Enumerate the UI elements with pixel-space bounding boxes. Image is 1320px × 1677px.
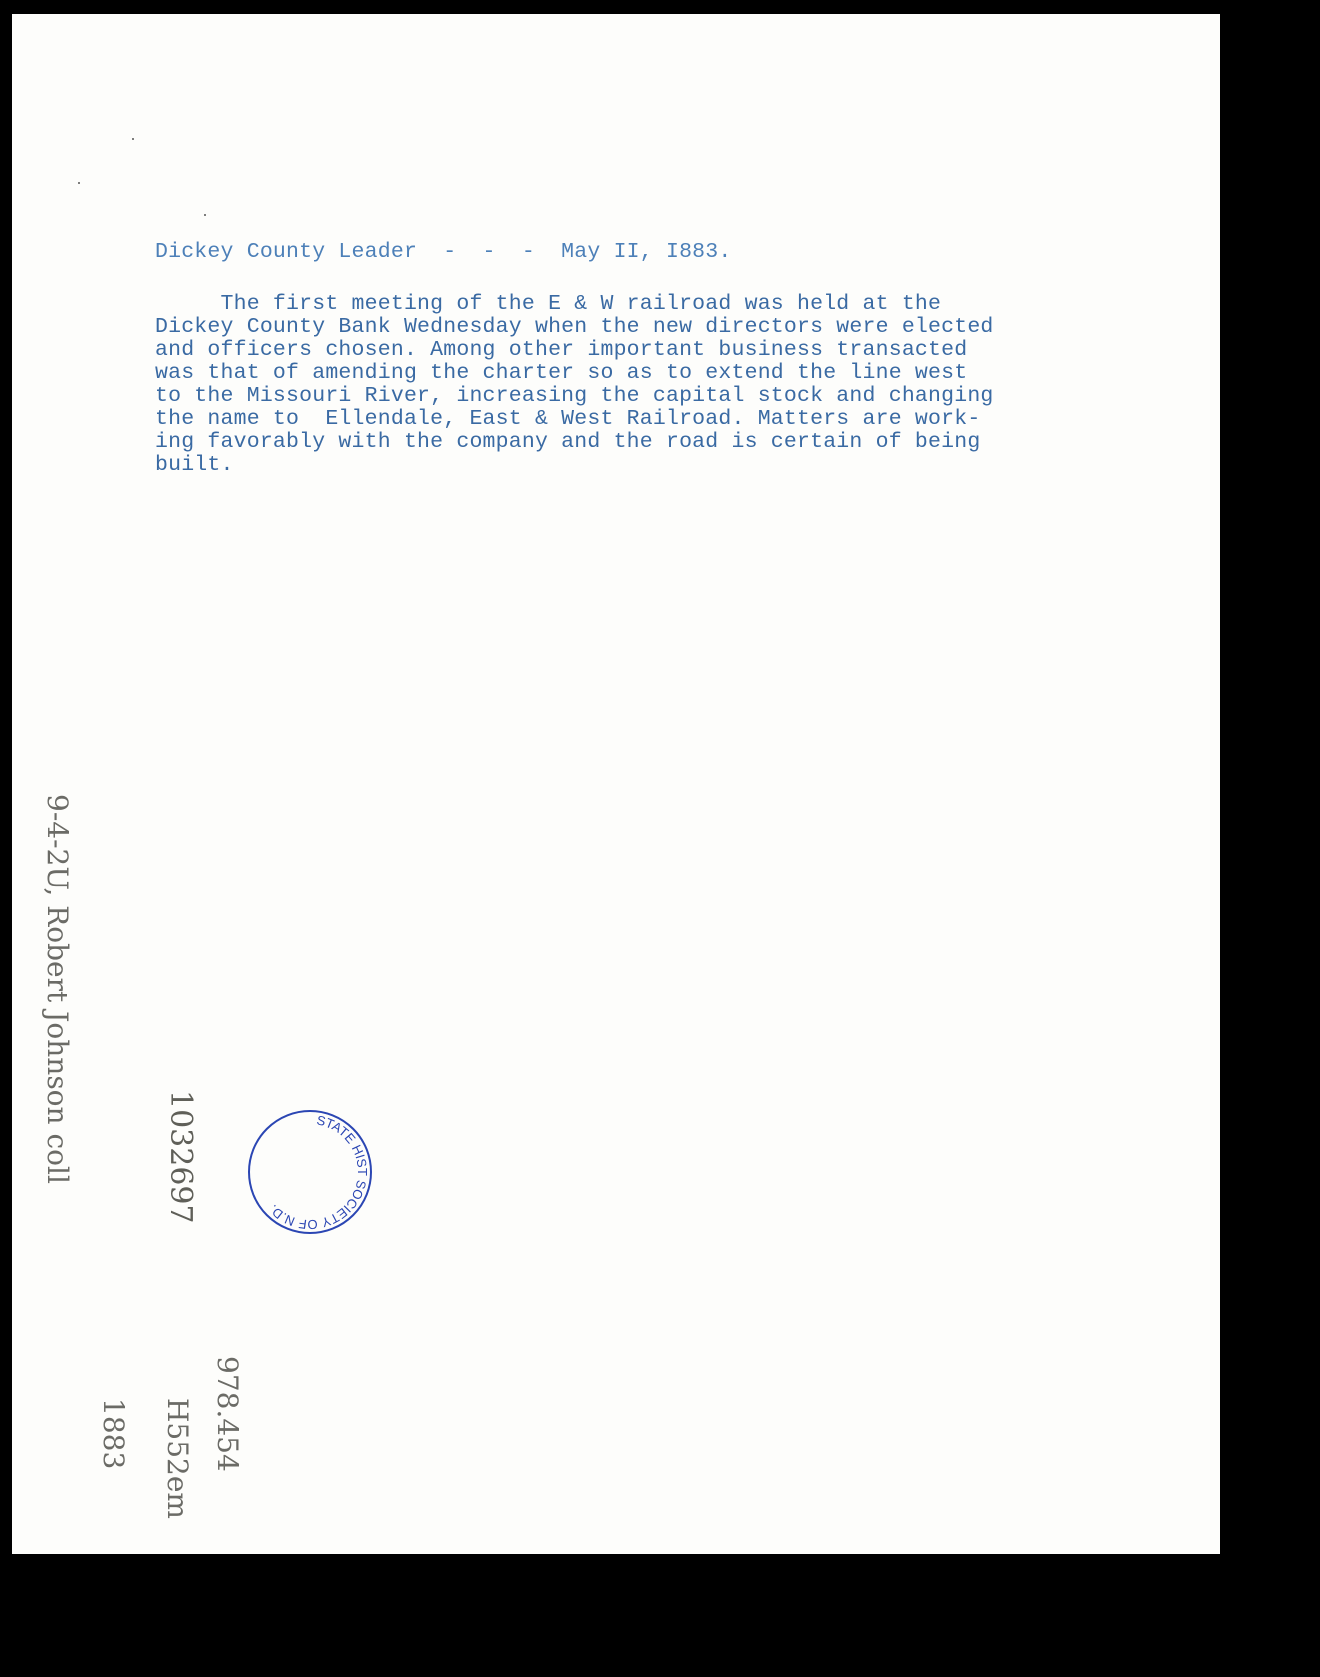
body-line: and officers chosen. Among other importa… [155, 338, 967, 362]
paper-speck [78, 182, 80, 184]
body-line: to the Missouri River, increasing the ca… [155, 384, 994, 408]
body-line: the name to Ellendale, East & West Railr… [155, 407, 980, 431]
body-line: Dickey County Bank Wednesday when the ne… [155, 315, 994, 339]
document-page: Dickey County Leader - - - May II, I883.… [12, 14, 1220, 1554]
body-line: ing favorably with the company and the r… [155, 430, 980, 454]
year-note: 1883 [97, 1398, 130, 1469]
body-line: The first meeting of the E & W railroad … [155, 292, 941, 316]
handwritten-collection-note: 9-4-2U, Robert Johnson coll [41, 794, 74, 1184]
body-line: built. [155, 453, 234, 477]
svg-text:STATE HIST SOCIETY OF N.D.: STATE HIST SOCIETY OF N.D. [266, 1112, 370, 1232]
call-number-line-2: H552em [161, 1398, 194, 1519]
paper-speck [132, 138, 134, 140]
stamp-text: STATE HIST SOCIETY OF N.D. [266, 1112, 370, 1232]
body-line: was that of amending the charter so as t… [155, 361, 967, 385]
paper-speck [204, 214, 206, 216]
library-stamp: STATE HIST SOCIETY OF N.D. [248, 1110, 372, 1234]
stamp-text-ring: STATE HIST SOCIETY OF N.D. [248, 1110, 372, 1234]
call-number-line-1: 978.454 [211, 1356, 244, 1472]
accession-number: 1032697 [163, 1090, 198, 1224]
newspaper-headline: Dickey County Leader - - - May II, I883. [155, 240, 732, 264]
